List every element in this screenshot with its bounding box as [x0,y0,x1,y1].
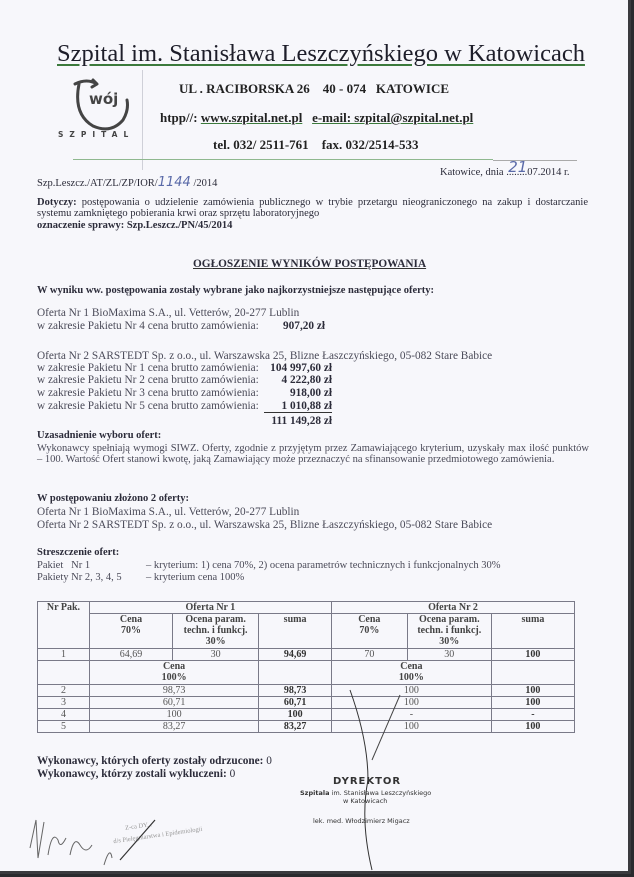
document-page: Szpital im. Stanisława Leszczyńskiego w … [0,0,631,874]
handwritten-marks-icon [0,0,634,877]
